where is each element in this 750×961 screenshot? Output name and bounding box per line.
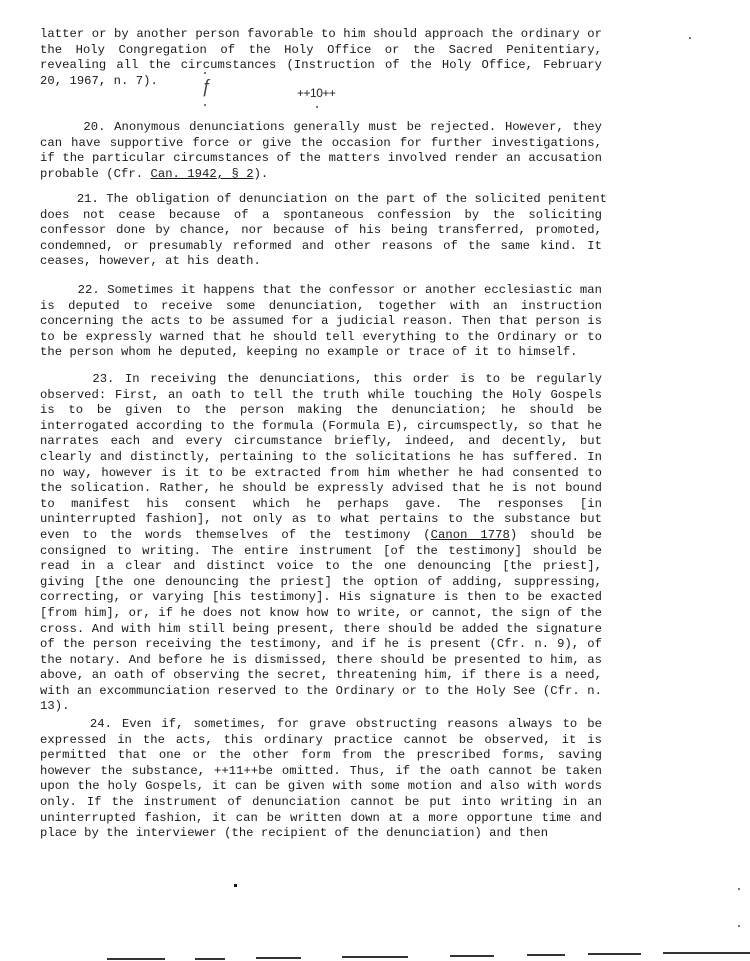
text-segment: observed: First, an oath to tell the tru…	[40, 388, 602, 402]
scan-speck	[738, 888, 740, 890]
text-line: with an excommunciation reserved to the …	[40, 684, 602, 700]
text-segment: 23. In receiving the denunciations, this…	[40, 372, 602, 386]
text-segment: the Holy Congregation of the Holy Office…	[40, 43, 602, 57]
text-line: the solication. Rather, he should be exp…	[40, 481, 602, 497]
text-segment: if the particular circumstances of the m…	[40, 151, 602, 165]
canon-reference: Can. 1942, § 2	[150, 167, 253, 181]
text-segment: expressed in the acts, this ordinary pra…	[40, 733, 602, 747]
text-segment: even to the words themselves of the test…	[40, 528, 431, 542]
text-line: even to the words themselves of the test…	[40, 528, 602, 544]
text-line: condemned, or presumably reformed and ot…	[40, 239, 602, 255]
text-segment: can have supportive force or give the oc…	[40, 136, 602, 150]
text-segment: uninterrupted fashion, it can be written…	[40, 811, 602, 825]
text-segment: condemned, or presumably reformed and ot…	[40, 239, 602, 253]
text-segment: ).	[254, 167, 269, 181]
text-line: concerning the acts to be assumed for a …	[40, 314, 602, 330]
text-segment: 21. The obligation of denunciation on th…	[40, 192, 607, 206]
text-segment: uninterrupted fashion], not only as to w…	[40, 512, 602, 526]
text-segment: 13).	[40, 699, 69, 713]
scan-speck	[204, 72, 206, 74]
paragraph-22: 22. Sometimes it happens that the confes…	[40, 283, 602, 361]
text-line: probable (Cfr. Can. 1942, § 2).	[40, 167, 602, 183]
document-page: latter or by another person favorable to…	[0, 0, 750, 961]
scan-speck	[738, 925, 740, 927]
text-line: ceases, however, at his death.	[40, 254, 602, 270]
text-line: to be expressly warned that he should te…	[40, 330, 602, 346]
text-line: no way, however is it to be extracted fr…	[40, 466, 602, 482]
paragraph-continued: latter or by another person favorable to…	[40, 27, 602, 89]
scan-edge-line	[663, 952, 750, 954]
text-segment: 20. Anonymous denunciations generally mu…	[40, 120, 602, 134]
text-line: revealing all the circumstances (Instruc…	[40, 58, 602, 74]
text-segment: cross. And with him still being present,…	[40, 622, 602, 636]
text-line: uninterrupted fashion, it can be written…	[40, 811, 602, 827]
text-segment: of the person receiving the testimony, a…	[40, 637, 602, 651]
text-segment: interrogated according to the formula (F…	[40, 419, 602, 433]
text-segment: consigned to writing. The entire instrum…	[40, 544, 602, 558]
paragraph-21: 21. The obligation of denunciation on th…	[40, 192, 602, 270]
text-segment: concerning the acts to be assumed for a …	[40, 314, 602, 328]
text-line: 20. Anonymous denunciations generally mu…	[40, 120, 602, 136]
text-line: only. If the instrument of denunciation …	[40, 795, 602, 811]
scan-edge-line	[450, 955, 494, 957]
text-segment: to manifest his consent which he perhaps…	[40, 497, 602, 511]
text-line: cross. And with him still being present,…	[40, 622, 602, 638]
text-line: [from him], or, if he does not know how …	[40, 606, 602, 622]
text-line: if the particular circumstances of the m…	[40, 151, 602, 167]
text-segment: ) should be	[510, 528, 602, 542]
text-line: giving [the one denouncing the priest] t…	[40, 575, 602, 591]
text-line: latter or by another person favorable to…	[40, 27, 602, 43]
text-segment: however the substance, ++11++be omitted.…	[40, 764, 602, 778]
text-line: interrogated according to the formula (F…	[40, 419, 602, 435]
text-line: read in a clear and distinct voice to th…	[40, 559, 602, 575]
text-segment: the solication. Rather, he should be exp…	[40, 481, 602, 495]
text-line: the notary. And before he is dismissed, …	[40, 653, 602, 669]
text-segment: the person whom he deputed, keeping no e…	[40, 345, 578, 359]
scan-edge-line	[107, 958, 165, 960]
scan-mark: ƒ	[201, 76, 211, 97]
scan-edge-line	[527, 954, 565, 956]
canon-reference: Canon 1778	[431, 528, 510, 542]
text-segment: place by the interviewer (the recipient …	[40, 826, 548, 840]
text-segment: confessor done by chance, nor because of…	[40, 223, 602, 237]
text-line: consigned to writing. The entire instrum…	[40, 544, 602, 560]
text-line: 21. The obligation of denunciation on th…	[40, 192, 602, 208]
scan-edge-line	[195, 958, 225, 960]
text-segment: no way, however is it to be extracted fr…	[40, 466, 602, 480]
text-segment: with an excommunciation reserved to the …	[40, 684, 602, 698]
text-segment: ceases, however, at his death.	[40, 254, 261, 268]
text-segment: read in a clear and distinct voice to th…	[40, 559, 602, 573]
text-segment: does not cease because of a spontaneous …	[40, 208, 602, 222]
text-line: narrates each and every circumstance bri…	[40, 434, 602, 450]
text-line: is to be given to the person making the …	[40, 403, 602, 419]
text-segment: the notary. And before he is dismissed, …	[40, 653, 602, 667]
text-segment: upon the holy Gospels, it can be given w…	[40, 779, 602, 793]
scan-speck	[234, 884, 237, 887]
text-segment: 20, 1967, n. 7).	[40, 74, 158, 88]
page-number-marker: ++10++	[297, 86, 335, 100]
text-line: correcting, or varying [his testimony]. …	[40, 590, 602, 606]
text-segment: is deputed to receive some denunciation,…	[40, 299, 602, 313]
text-line: place by the interviewer (the recipient …	[40, 826, 602, 842]
scan-speck	[204, 104, 206, 106]
text-line: permitted that one or the other form fro…	[40, 748, 602, 764]
text-segment: latter or by another person favorable to…	[40, 27, 602, 41]
text-line: expressed in the acts, this ordinary pra…	[40, 733, 602, 749]
text-segment: is to be given to the person making the …	[40, 403, 602, 417]
scan-speck	[316, 106, 318, 108]
paragraph-20: 20. Anonymous denunciations generally mu…	[40, 120, 602, 182]
scan-speck	[689, 37, 691, 39]
text-segment: clearly and distinctly, pertaining to th…	[40, 450, 602, 464]
text-line: confessor done by chance, nor because of…	[40, 223, 602, 239]
paragraph-23: 23. In receiving the denunciations, this…	[40, 372, 602, 715]
paragraph-24: 24. Even if, sometimes, for grave obstru…	[40, 717, 602, 842]
text-line: clearly and distinctly, pertaining to th…	[40, 450, 602, 466]
scan-edge-line	[588, 953, 641, 955]
text-segment: 24. Even if, sometimes, for grave obstru…	[40, 717, 602, 731]
text-segment: to be expressly warned that he should te…	[40, 330, 602, 344]
text-segment: revealing all the circumstances (Instruc…	[40, 58, 602, 72]
text-line: can have supportive force or give the oc…	[40, 136, 602, 152]
text-segment: 22. Sometimes it happens that the confes…	[40, 283, 602, 297]
text-segment: permitted that one or the other form fro…	[40, 748, 602, 762]
text-line: uninterrupted fashion], not only as to w…	[40, 512, 602, 528]
text-line: upon the holy Gospels, it can be given w…	[40, 779, 602, 795]
text-line: is deputed to receive some denunciation,…	[40, 299, 602, 315]
text-line: above, an oath of observing the secret, …	[40, 668, 602, 684]
text-line: however the substance, ++11++be omitted.…	[40, 764, 602, 780]
scan-edge-line	[342, 956, 408, 958]
text-line: observed: First, an oath to tell the tru…	[40, 388, 602, 404]
text-segment: above, an oath of observing the secret, …	[40, 668, 602, 682]
text-line: the person whom he deputed, keeping no e…	[40, 345, 602, 361]
text-segment: [from him], or, if he does not know how …	[40, 606, 602, 620]
text-segment: probable (Cfr.	[40, 167, 150, 181]
text-segment: correcting, or varying [his testimony]. …	[40, 590, 602, 604]
text-segment: giving [the one denouncing the priest] t…	[40, 575, 602, 589]
text-line: 13).	[40, 699, 602, 715]
text-line: 24. Even if, sometimes, for grave obstru…	[40, 717, 602, 733]
text-line: of the person receiving the testimony, a…	[40, 637, 602, 653]
text-segment: narrates each and every circumstance bri…	[40, 434, 602, 448]
text-segment: only. If the instrument of denunciation …	[40, 795, 602, 809]
text-line: 23. In receiving the denunciations, this…	[40, 372, 602, 388]
scan-edge-line	[256, 957, 301, 959]
text-line: 22. Sometimes it happens that the confes…	[40, 283, 602, 299]
text-line: to manifest his consent which he perhaps…	[40, 497, 602, 513]
text-line: the Holy Congregation of the Holy Office…	[40, 43, 602, 59]
text-line: does not cease because of a spontaneous …	[40, 208, 602, 224]
